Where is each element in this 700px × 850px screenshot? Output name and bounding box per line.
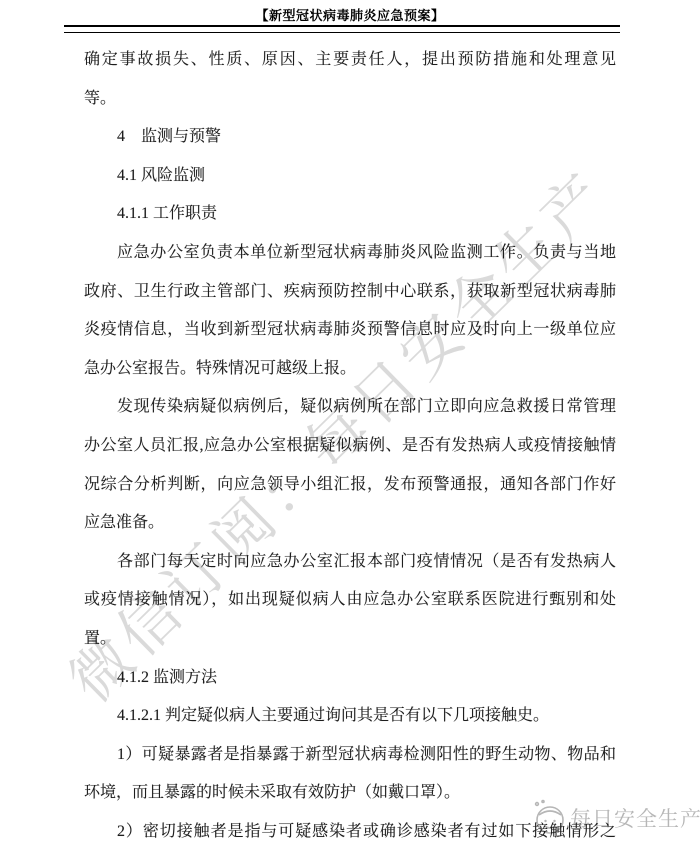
text-line: 炎疫情信息，当收到新型冠状病毒肺炎预警信息时应及时向上一级单位应 bbox=[84, 311, 616, 350]
text-line: 2）密切接触者是指与可疑感染者或确诊感染者有过如下接触情形之 bbox=[84, 813, 616, 850]
text-line: 4 监测与预警 bbox=[84, 118, 616, 157]
text-line: 办公室人员汇报,应急办公室根据疑似病例、是否有发热病人或疫情接触情 bbox=[84, 427, 616, 466]
text-line: 发现传染病疑似病例后，疑似病例所在部门立即向应急救援日常管理 bbox=[84, 388, 616, 427]
text-line: 置。 bbox=[84, 620, 616, 659]
text-line: 等。 bbox=[84, 80, 616, 119]
document-body: 确定事故损失、性质、原因、主要责任人，提出预防措施和处理意见等。4 监测与预警4… bbox=[84, 41, 616, 850]
text-line: 应急准备。 bbox=[84, 504, 616, 543]
text-line: 4.1.2.1 判定疑似病人主要通过询问其是否有以下几项接触史。 bbox=[84, 697, 616, 736]
text-line: 况综合分析判断，向应急领导小组汇报，发布预警通报，通知各部门作好 bbox=[84, 466, 616, 505]
text-line: 1）可疑暴露者是指暴露于新型冠状病毒检测阳性的野生动物、物品和 bbox=[84, 736, 616, 775]
text-line: 急办公室报告。特殊情况可越级上报。 bbox=[84, 350, 616, 389]
header-double-rule bbox=[64, 25, 620, 33]
text-line: 确定事故损失、性质、原因、主要责任人，提出预防措施和处理意见 bbox=[84, 41, 616, 80]
text-line: 政府、卫生行政主管部门、疾病预防控制中心联系，获取新型冠状病毒肺 bbox=[84, 273, 616, 312]
text-line: 4.1.1 工作职责 bbox=[84, 195, 616, 234]
text-line: 4.1.2 监测方法 bbox=[84, 659, 616, 698]
document-page: 【新型冠状病毒肺炎应急预案】 确定事故损失、性质、原因、主要责任人，提出预防措施… bbox=[0, 0, 700, 850]
text-line: 环境，而且暴露的时候未采取有效防护（如戴口罩）。 bbox=[84, 774, 616, 813]
text-line: 4.1 风险监测 bbox=[84, 157, 616, 196]
text-line: 各部门每天定时向应急办公室汇报本部门疫情情况（是否有发热病人 bbox=[84, 543, 616, 582]
page-header-title: 【新型冠状病毒肺炎应急预案】 bbox=[0, 5, 700, 24]
text-line: 应急办公室负责本单位新型冠状病毒肺炎风险监测工作。负责与当地 bbox=[84, 234, 616, 273]
text-line: 或疫情接触情况），如出现疑似病人由应急办公室联系医院进行甄别和处 bbox=[84, 581, 616, 620]
